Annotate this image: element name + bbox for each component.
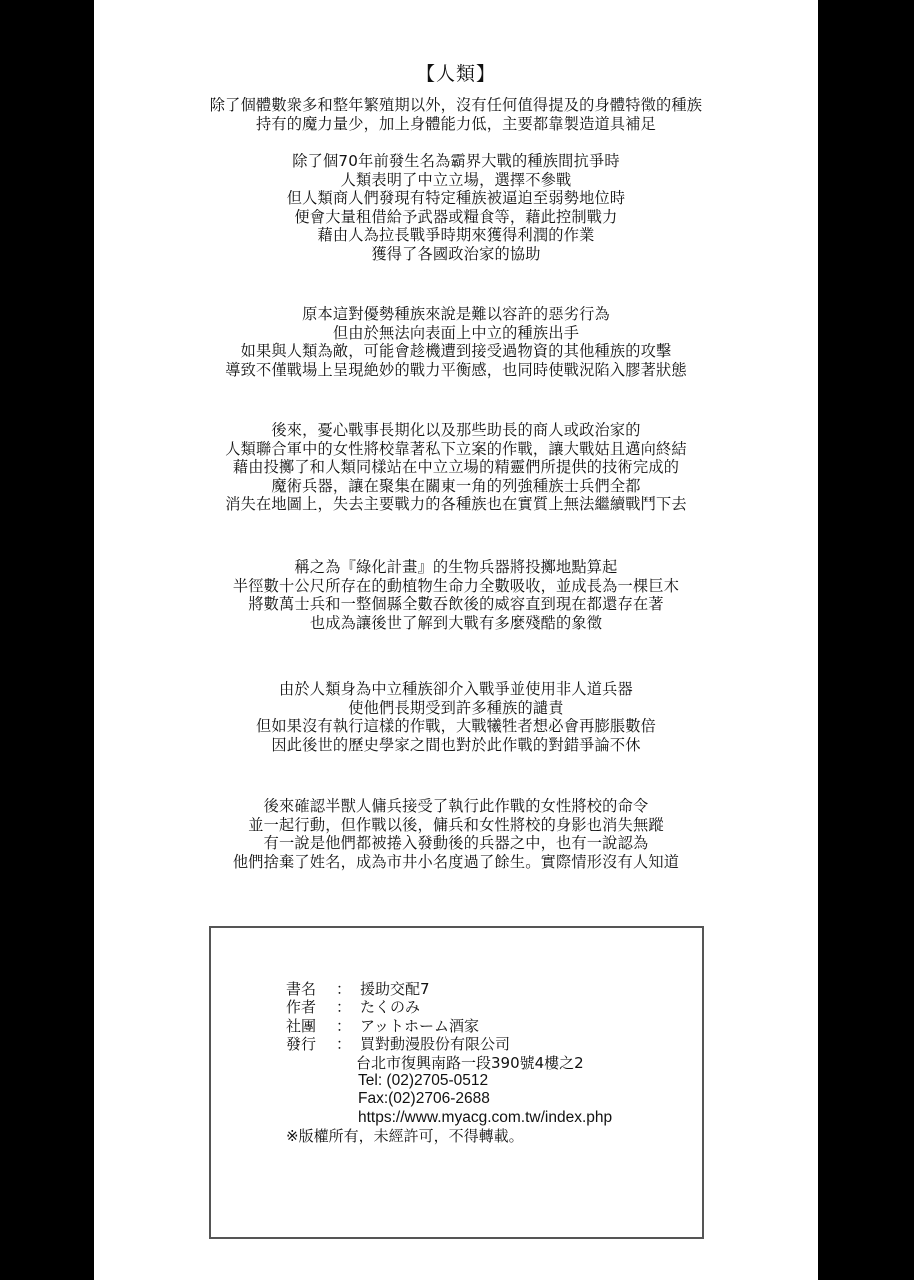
text-line: 如果與人類為敵，可能會趁機遭到接受過物資的其他種族的攻擊 [94,342,818,361]
copyright-notice-row: ※版權所有，未經許可，不得轉載。 [286,1127,612,1145]
text-line: 獲得了各國政治家的協助 [94,245,818,264]
copyright-notice: ※版權所有，未經許可，不得轉載。 [286,1127,524,1145]
book-title: 援助交配7 [360,980,430,998]
colophon-box: 書名 ： 援助交配7 作者 ： たくのみ 社團 ： アットホーム酒家 發行 ： … [209,926,704,1239]
text-line: 半徑數十公尺所存在的動植物生命力全數吸收，並成長為一棵巨木 [94,577,818,596]
text-line: 持有的魔力量少，加上身體能力低，主要都靠製造道具補足 [94,115,818,134]
author: たくのみ [360,998,420,1016]
text-line: 消失在地圖上，失去主要戰力的各種族也在實質上無法繼續戰鬥下去 [94,495,818,514]
text-line: 因此後世的歷史學家之間也對於此作戰的對錯爭論不休 [94,736,818,755]
publisher-address: 台北市復興南路一段390號4樓之2 [356,1054,584,1072]
left-black-margin [0,0,94,1280]
publisher: 買對動漫股份有限公司 [360,1035,510,1053]
paragraph-4: 後來，憂心戰事長期化以及那些助長的商人或政治家的 人類聯合軍中的女性將校靠著私下… [94,421,818,514]
text-line: 人類表明了中立立場，選擇不參戰 [94,171,818,190]
address-row: 台北市復興南路一段390號4樓之2 [286,1054,612,1072]
text-line: 他們捨棄了姓名，成為市井小名度過了餘生。實際情形沒有人知道 [94,853,818,872]
text-line: 並一起行動，但作戰以後，傭兵和女性將校的身影也消失無蹤 [94,816,818,835]
text-line: 後來確認半獸人傭兵接受了執行此作戰的女性將校的命令 [94,797,818,816]
colophon: 書名 ： 援助交配7 作者 ： たくのみ 社團 ： アットホーム酒家 發行 ： … [286,980,612,1146]
text-line: 但如果沒有執行這樣的作戰，大戰犧牲者想必會再膨脹數倍 [94,717,818,736]
text-line: 稱之為『綠化計畫』的生物兵器將投擲地點算起 [94,558,818,577]
paragraph-5: 稱之為『綠化計畫』的生物兵器將投擲地點算起 半徑數十公尺所存在的動植物生命力全數… [94,558,818,632]
paragraph-2: 除了個70年前發生名為霸界大戰的種族間抗爭時 人類表明了中立立場，選擇不參戰 但… [94,152,818,263]
paragraph-3: 原本這對優勢種族來說是難以容許的惡劣行為 但由於無法向表面上中立的種族出手 如果… [94,305,818,379]
colon: ： [332,1035,360,1053]
document-page: 【人類】 除了個體數衆多和整年繁殖期以外，沒有任何值得提及的身體特徵的種族 持有… [94,0,818,1280]
text-line: 除了個70年前發生名為霸界大戰的種族間抗爭時 [94,152,818,171]
text-line: 也成為讓後世了解到大戰有多麼殘酷的象徵 [94,614,818,633]
text-line: 後來，憂心戰事長期化以及那些助長的商人或政治家的 [94,421,818,440]
text-line: 藉由人為拉長戰爭時期來獲得利潤的作業 [94,226,818,245]
page-title: 【人類】 [94,62,818,86]
book-title-label: 書名 [286,980,332,998]
circle: アットホーム酒家 [360,1017,479,1035]
url-row: https://www.myacg.com.tw/index.php [286,1109,612,1127]
author-row: 作者 ： たくのみ [286,998,612,1016]
paragraph-7: 後來確認半獸人傭兵接受了執行此作戰的女性將校的命令 並一起行動，但作戰以後，傭兵… [94,797,818,871]
text-line: 魔術兵器，讓在聚集在關東一角的列強種族士兵們全都 [94,477,818,496]
paragraph-6: 由於人類身為中立種族卻介入戰爭並使用非人道兵器 使他們長期受到許多種族的譴責 但… [94,680,818,754]
text-line: 由於人類身為中立種族卻介入戰爭並使用非人道兵器 [94,680,818,699]
tel-row: Tel: (02)2705-0512 [286,1072,612,1090]
circle-label: 社團 [286,1017,332,1035]
publisher-label: 發行 [286,1035,332,1053]
publisher-tel: Tel: (02)2705-0512 [358,1072,488,1090]
text-line: 使他們長期受到許多種族的譴責 [94,699,818,718]
text-line: 人類聯合軍中的女性將校靠著私下立案的作戰，讓大戰姑且邁向終結 [94,440,818,459]
right-black-margin [818,0,914,1280]
colon: ： [332,980,360,998]
circle-row: 社團 ： アットホーム酒家 [286,1017,612,1035]
text-line: 藉由投擲了和人類同樣站在中立立場的精靈們所提供的技術完成的 [94,458,818,477]
colon: ： [332,1017,360,1035]
text-line: 但由於無法向表面上中立的種族出手 [94,324,818,343]
book-title-row: 書名 ： 援助交配7 [286,980,612,998]
text-line: 但人類商人們發現有特定種族被逼迫至弱勢地位時 [94,189,818,208]
publisher-row: 發行 ： 買對動漫股份有限公司 [286,1035,612,1053]
text-line: 導致不僅戰場上呈現絶妙的戰力平衡感，也同時使戰況陷入膠著狀態 [94,361,818,380]
paragraph-1: 除了個體數衆多和整年繁殖期以外，沒有任何值得提及的身體特徵的種族 持有的魔力量少… [94,96,818,133]
fax-row: Fax:(02)2706-2688 [286,1090,612,1108]
publisher-fax: Fax:(02)2706-2688 [358,1090,490,1108]
text-line: 便會大量租借給予武器或糧食等，藉此控制戰力 [94,208,818,227]
text-line: 原本這對優勢種族來說是難以容許的惡劣行為 [94,305,818,324]
publisher-url: https://www.myacg.com.tw/index.php [358,1109,612,1127]
colon: ： [332,998,360,1016]
text-line: 將數萬士兵和一整個縣全數吞飲後的威容直到現在都還存在著 [94,595,818,614]
author-label: 作者 [286,998,332,1016]
text-line: 有一說是他們都被捲入發動後的兵器之中，也有一說認為 [94,834,818,853]
text-line: 除了個體數衆多和整年繁殖期以外，沒有任何值得提及的身體特徵的種族 [94,96,818,115]
